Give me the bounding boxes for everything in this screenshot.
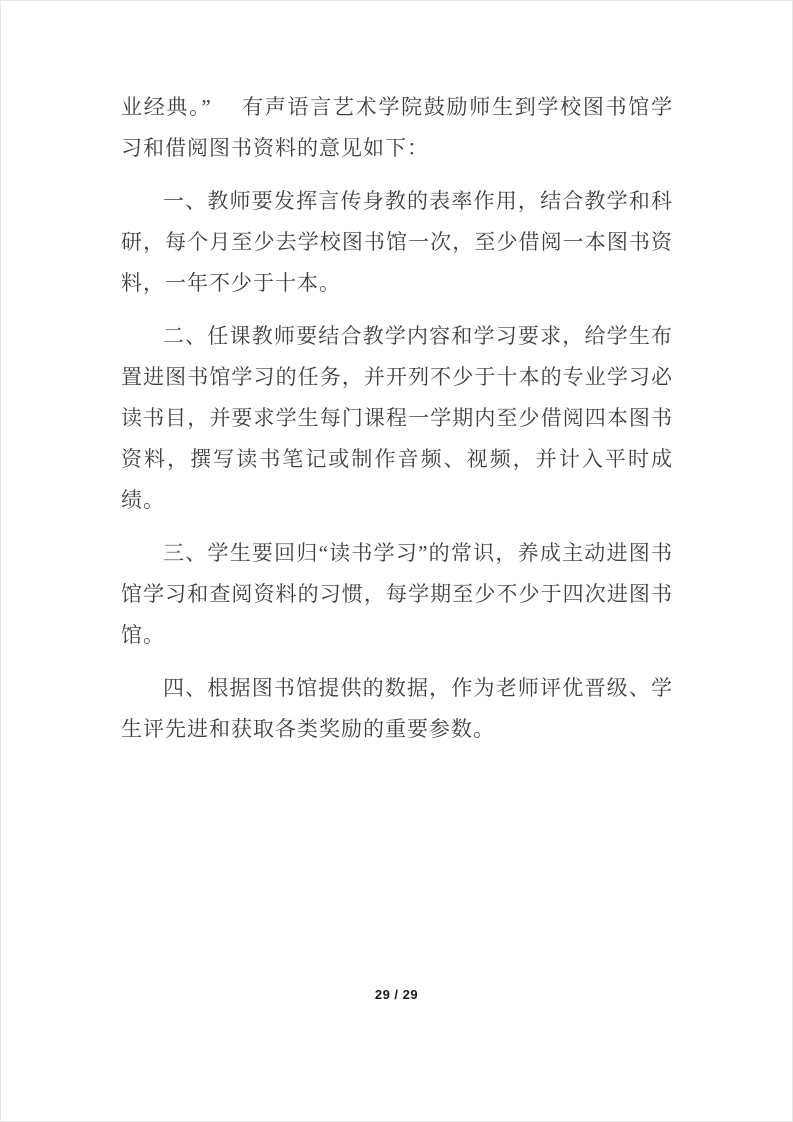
- paragraph-item-2: 二、任课教师要结合教学内容和学习要求，给学生布置进图书馆学习的任务，并开列不少于…: [121, 316, 673, 521]
- paragraph-item-3: 三、学生要回归“读书学习”的常识，养成主动进图书馆学习和查阅资料的习惯，每学期至…: [121, 533, 673, 656]
- document-page: 业经典。” 有声语言艺术学院鼓励师生到学校图书馆学习和借阅图书资料的意见如下： …: [0, 0, 793, 1122]
- document-body: 业经典。” 有声语言艺术学院鼓励师生到学校图书馆学习和借阅图书资料的意见如下： …: [121, 87, 673, 762]
- paragraph-continuation: 业经典。” 有声语言艺术学院鼓励师生到学校图书馆学习和借阅图书资料的意见如下：: [121, 87, 673, 169]
- page-footer: 29 / 29: [1, 986, 792, 1004]
- paragraph-item-4: 四、根据图书馆提供的数据，作为老师评优晋级、学生评先进和获取各类奖励的重要参数。: [121, 668, 673, 750]
- paragraph-item-1: 一、教师要发挥言传身教的表率作用，结合教学和科研，每个月至少去学校图书馆一次，至…: [121, 181, 673, 304]
- page-number: 29 / 29: [375, 987, 418, 1002]
